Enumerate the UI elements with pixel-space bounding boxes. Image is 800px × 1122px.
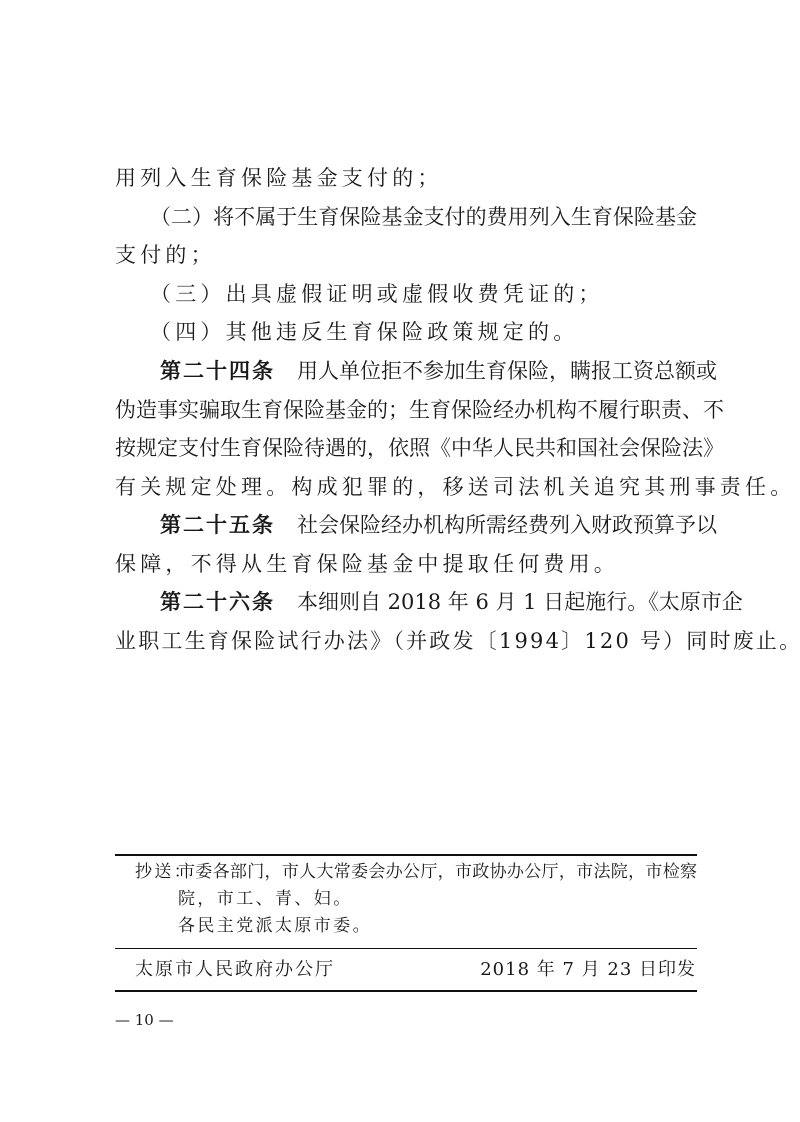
issuer: 太原市人民政府办公厅 — [135, 955, 335, 985]
body-line-3: 支付的； — [115, 236, 699, 274]
issue-date: 2018 年 7 月 23 日印发 — [480, 955, 696, 985]
body-item-2: （二）将不属于生育保险基金支付的费用列入生育保险基金 — [150, 198, 697, 236]
article-24-line-3: 按规定支付生育保险待遇的，依照《中华人民共和国社会保险法》 — [115, 429, 699, 467]
page-number: — 10 — — [115, 1008, 174, 1032]
body-item-3: （三）出具虚假证明或虚假收费凭证的； — [150, 275, 734, 313]
article-24-line-1: 用人单位拒不参加生育保险，瞒报工资总额或 — [297, 352, 717, 390]
document-page: 用列入生育保险基金支付的； （二）将不属于生育保险基金支付的费用列入生育保险基金… — [0, 0, 800, 1122]
article-25-line-1: 社会保险经办机构所需经费列入财政预算予以 — [297, 506, 717, 544]
cc-line-2: 院，市工、青、妇。 — [178, 886, 353, 912]
body-line-1: 用列入生育保险基金支付的； — [115, 159, 699, 197]
article-26-heading: 第二十六条 — [160, 583, 275, 621]
body-item-4: （四）其他违反生育保险政策规定的。 — [150, 313, 734, 351]
cc-line-1: 市委各部门，市人大常委会办公厅，市政协办公厅，市法院，市检察 — [178, 859, 697, 885]
article-25: 第二十五条 社会保险经办机构所需经费列入财政预算予以 — [160, 506, 697, 544]
cc-bottom-rule — [115, 948, 697, 949]
article-25-line-2: 保障，不得从生育保险基金中提取任何费用。 — [115, 545, 699, 583]
cc-top-rule — [115, 854, 697, 856]
article-24: 第二十四条 用人单位拒不参加生育保险，瞒报工资总额或 — [160, 352, 697, 390]
article-26-line-2: 业职工生育保险试行办法》（并政发〔1994〕120 号）同时废止。 — [115, 622, 699, 660]
article-25-heading: 第二十五条 — [160, 506, 275, 544]
article-24-line-4: 有关规定处理。构成犯罪的，移送司法机关追究其刑事责任。 — [115, 468, 699, 506]
footer-bottom-rule — [115, 990, 697, 992]
article-24-heading: 第二十四条 — [160, 352, 275, 390]
article-26: 第二十六条 本细则自 2018 年 6 月 1 日起施行。《太原市企 — [160, 583, 697, 621]
article-26-line-1: 本细则自 2018 年 6 月 1 日起施行。《太原市企 — [297, 583, 743, 621]
cc-line-3: 各民主党派太原市委。 — [178, 913, 372, 939]
article-24-line-2: 伪造事实骗取生育保险基金的；生育保险经办机构不履行职责、不 — [115, 391, 699, 429]
